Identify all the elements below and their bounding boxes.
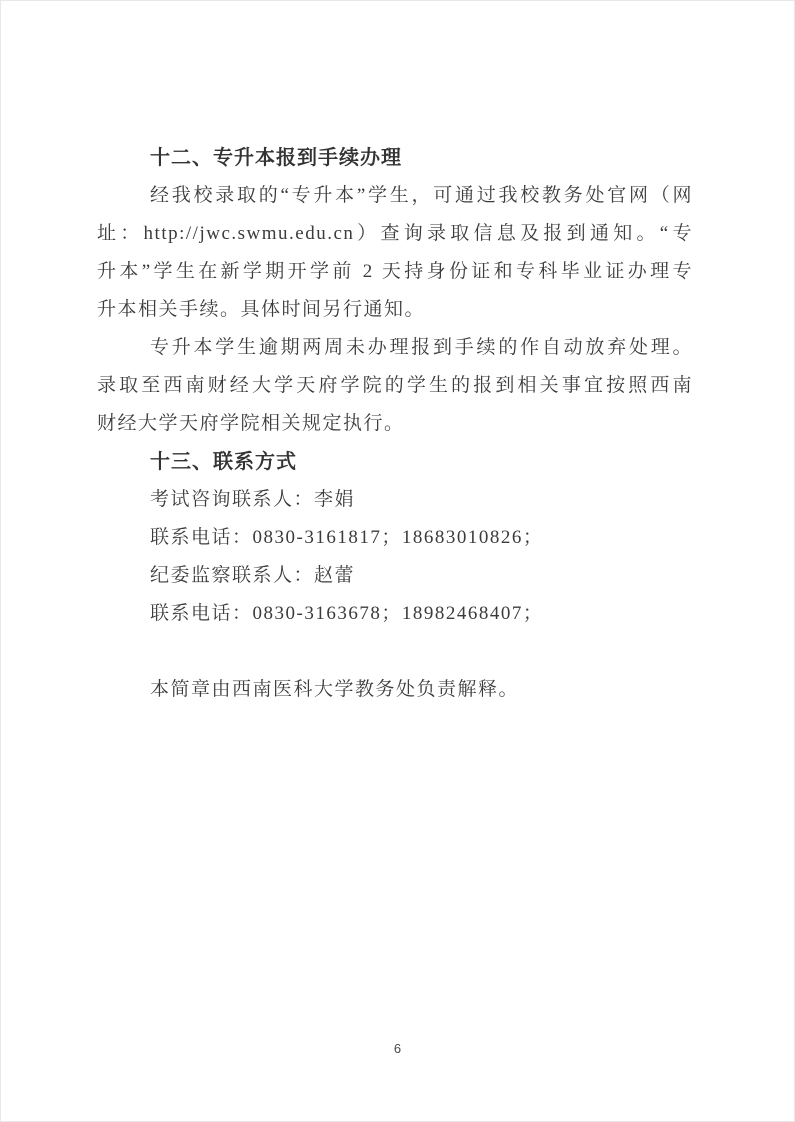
contact-person-exam-line: 考试咨询联系人：李娟 — [97, 481, 693, 519]
contact-phone-exam-line: 联系电话：0830-3161817；18683010826； — [97, 519, 693, 557]
section-12-para1-line-3: 升本”学生在新学期开学前 2 天持身份证和专科毕业证办理专 — [97, 253, 693, 291]
section-12-para2-line-2: 录取至西南财经大学天府学院的学生的报到相关事宜按照西南 — [97, 367, 693, 405]
section-12-para1-line-1: 经我校录取的“专升本”学生，可通过我校教务处官网（网 — [97, 177, 693, 215]
section-12-para2-line-1: 专升本学生逾期两周未办理报到手续的作自动放弃处理。 — [97, 329, 693, 367]
section-12-para2-line-3: 财经大学天府学院相关规定执行。 — [97, 405, 693, 443]
contact-phone-supervision-line: 联系电话：0830-3163678；18982468407； — [97, 595, 693, 633]
section-12-para1-line-2: 址：http://jwc.swmu.edu.cn）查询录取信息及报到通知。“专 — [97, 215, 693, 253]
section-12-para1-line-4: 升本相关手续。具体时间另行通知。 — [97, 291, 693, 329]
section-12-heading: 十二、专升本报到手续办理 — [97, 139, 693, 177]
section-13-heading: 十三、联系方式 — [97, 443, 693, 481]
document-content: 十二、专升本报到手续办理 经我校录取的“专升本”学生，可通过我校教务处官网（网 … — [97, 139, 693, 709]
blank-line — [97, 633, 693, 671]
contact-person-supervision-line: 纪委监察联系人：赵蕾 — [97, 557, 693, 595]
document-page: 十二、专升本报到手续办理 经我校录取的“专升本”学生，可通过我校教务处官网（网 … — [0, 0, 795, 1122]
closing-statement-line: 本简章由西南医科大学教务处负责解释。 — [97, 671, 693, 709]
page-number: 6 — [0, 1040, 795, 1058]
